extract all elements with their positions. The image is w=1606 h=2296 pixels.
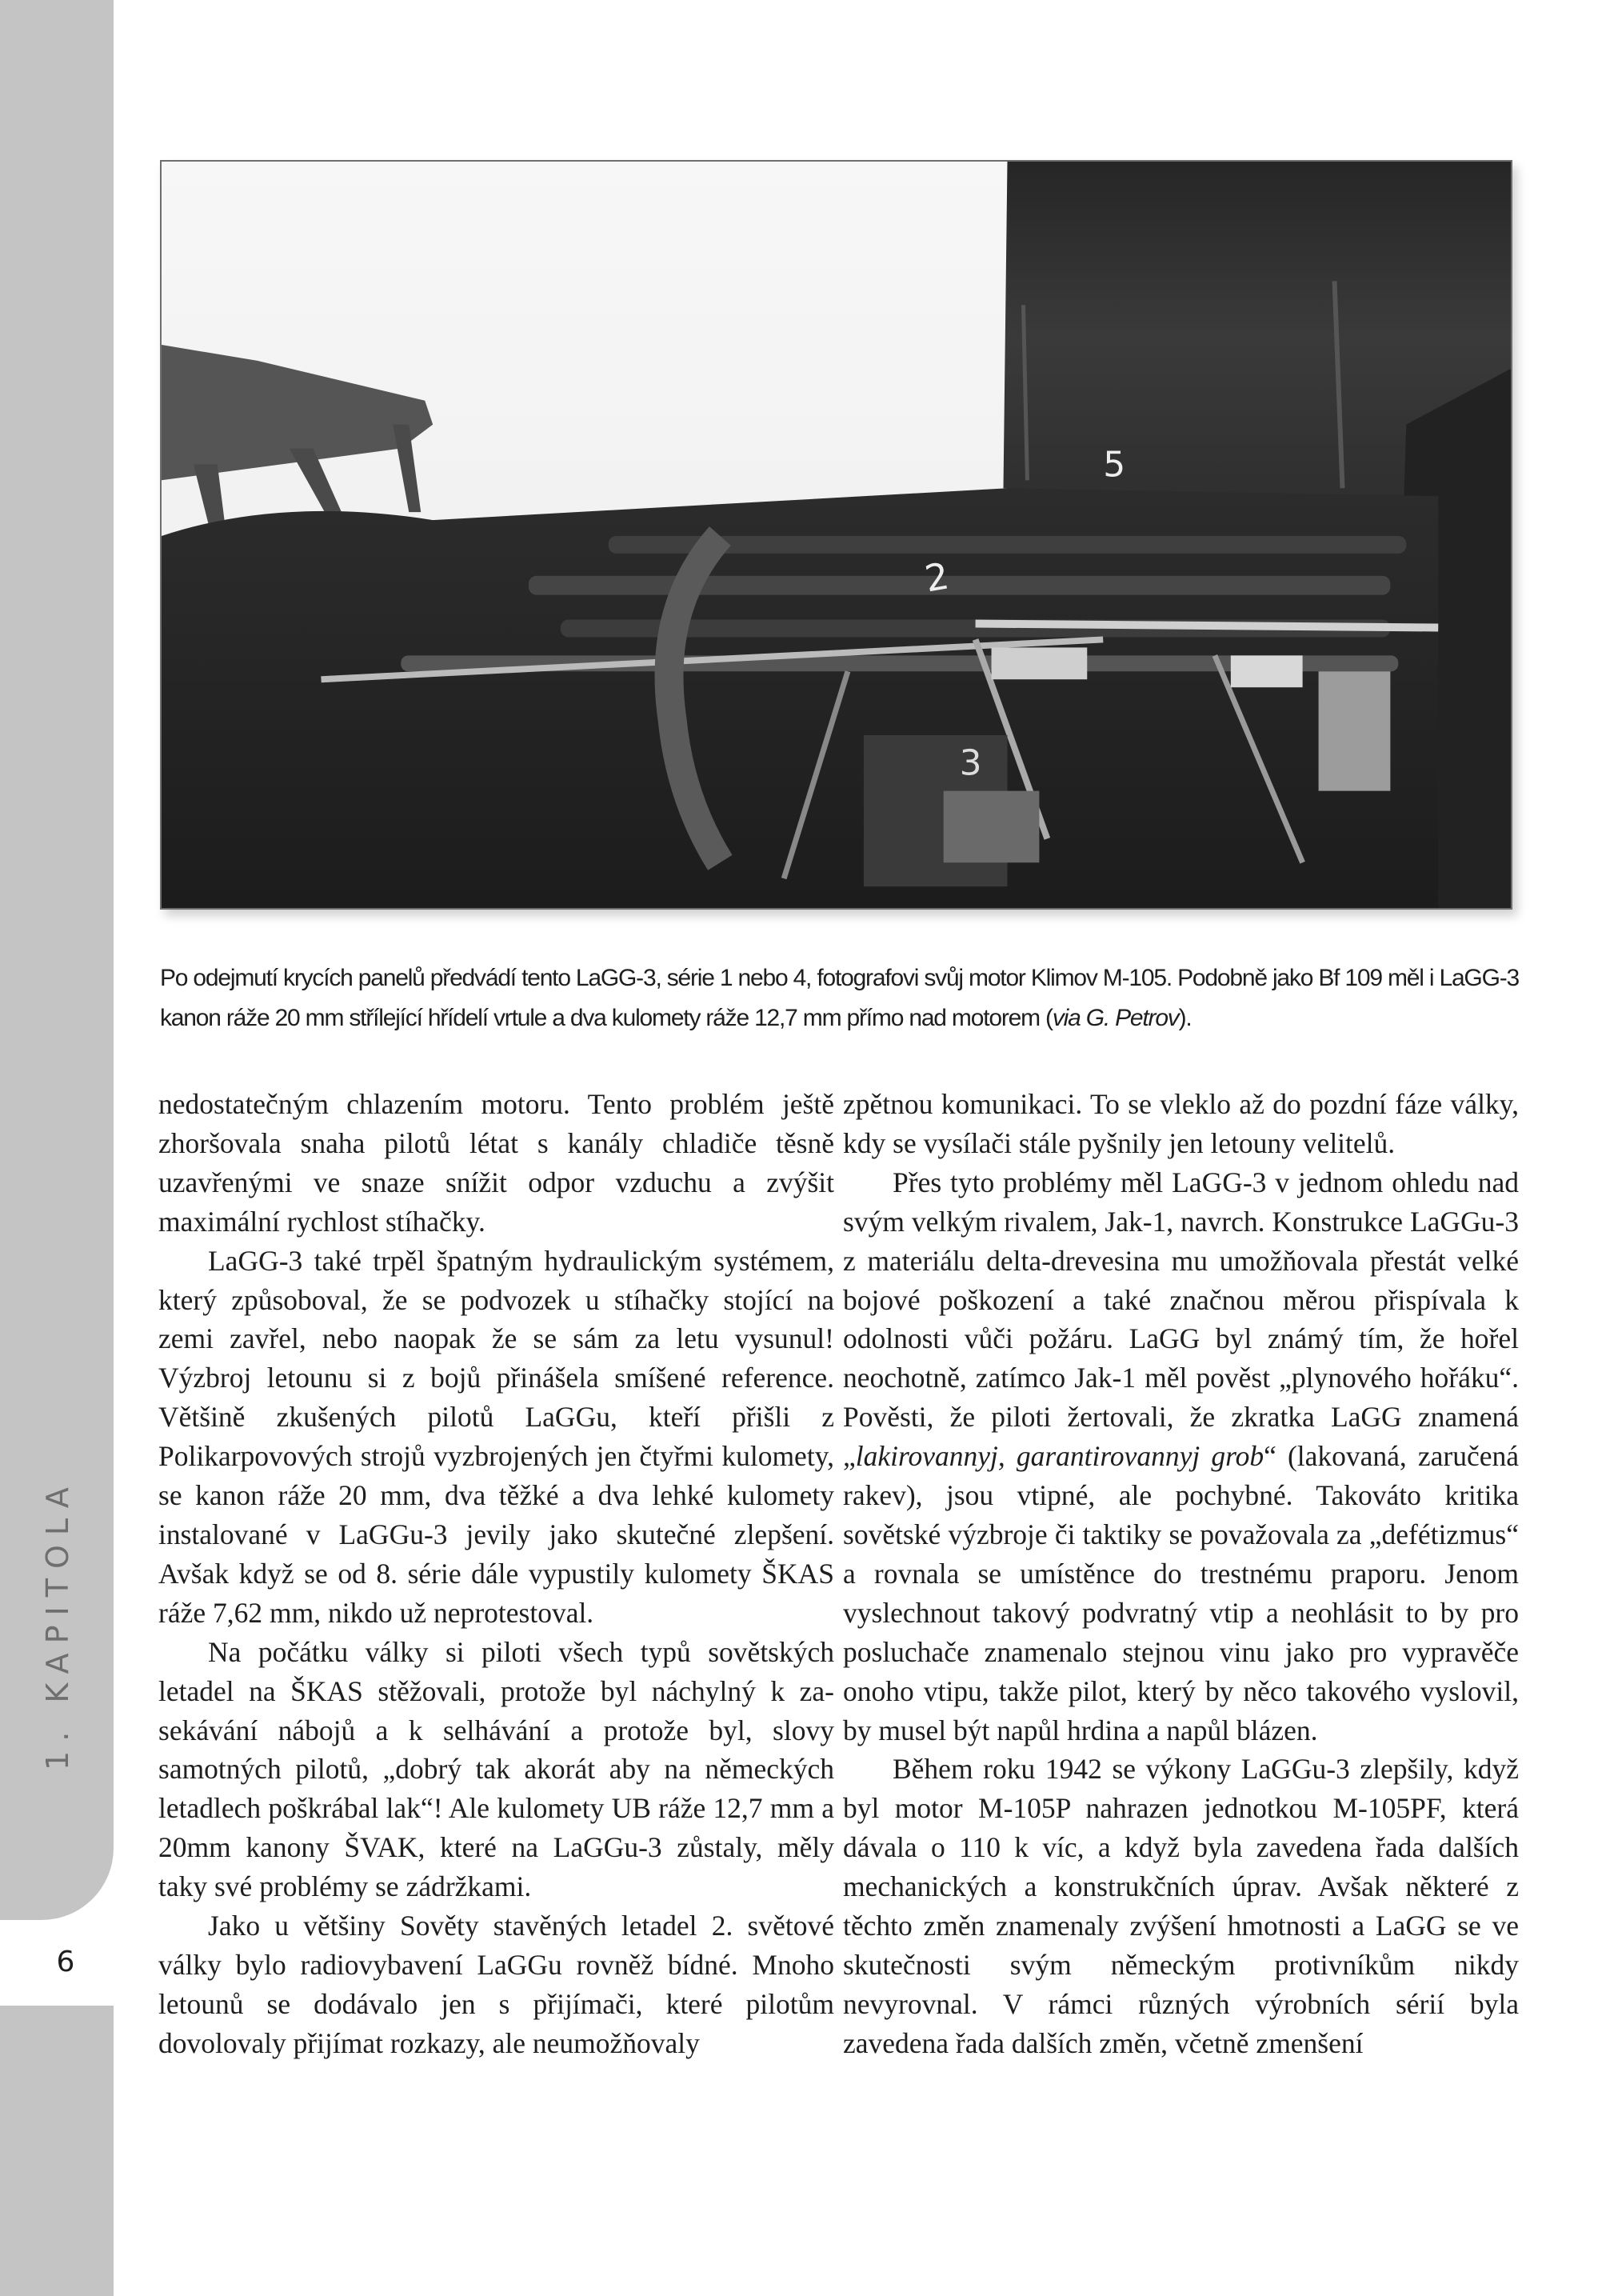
paragraph: Jako u většiny Sověty stavěných letadel …	[158, 1906, 834, 2063]
paragraph: Na počátku války si piloti všech typů so…	[158, 1633, 834, 1906]
text-column-left: nedostatečným chlazením motoru. Tento pr…	[158, 1085, 834, 2063]
paragraph: zpětnou komunikaci. To se vleklo až do p…	[843, 1085, 1519, 1163]
paragraph: Přes tyto problémy měl LaGG-3 v jednom o…	[843, 1163, 1519, 1750]
side-band-lower	[0, 2006, 114, 2296]
chapter-label: 1. KAPITOLA	[40, 1478, 75, 1770]
caption-text: Po odejmutí krycích panelů předvádí tent…	[160, 965, 1519, 1031]
svg-text:5: 5	[1103, 444, 1125, 485]
russian-phrase: lakirovannyj, garantiro­vannyj grob	[856, 1440, 1264, 1472]
page-number: 6	[48, 1946, 83, 1978]
paragraph: LaGG-3 také trpěl špatným hydraulickým s…	[158, 1242, 834, 1633]
engine-photo: 2 5 3	[160, 160, 1512, 910]
caption-credit: via G. Petrov	[1053, 1005, 1179, 1031]
photo-illustration: 2 5 3	[162, 162, 1511, 908]
text-column-right: zpětnou komunikaci. To se vleklo až do p…	[843, 1085, 1519, 2063]
paragraph: nedostatečným chlazením motoru. Tento pr…	[158, 1085, 834, 1242]
paragraph-text: Přes tyto problémy měl LaGG-3 v jednom o…	[843, 1166, 1519, 1472]
caption-text-end: ).	[1179, 1005, 1192, 1031]
paragraph: Během roku 1942 se výkony LaGGu-3 zlepši…	[843, 1750, 1519, 2062]
paragraph-text-continued: “ (lakovaná, zaručená rakev), jsou vtip­…	[843, 1440, 1519, 1746]
photo-caption: Po odejmutí krycích panelů předvádí tent…	[160, 958, 1520, 1038]
svg-text:3: 3	[960, 743, 982, 784]
